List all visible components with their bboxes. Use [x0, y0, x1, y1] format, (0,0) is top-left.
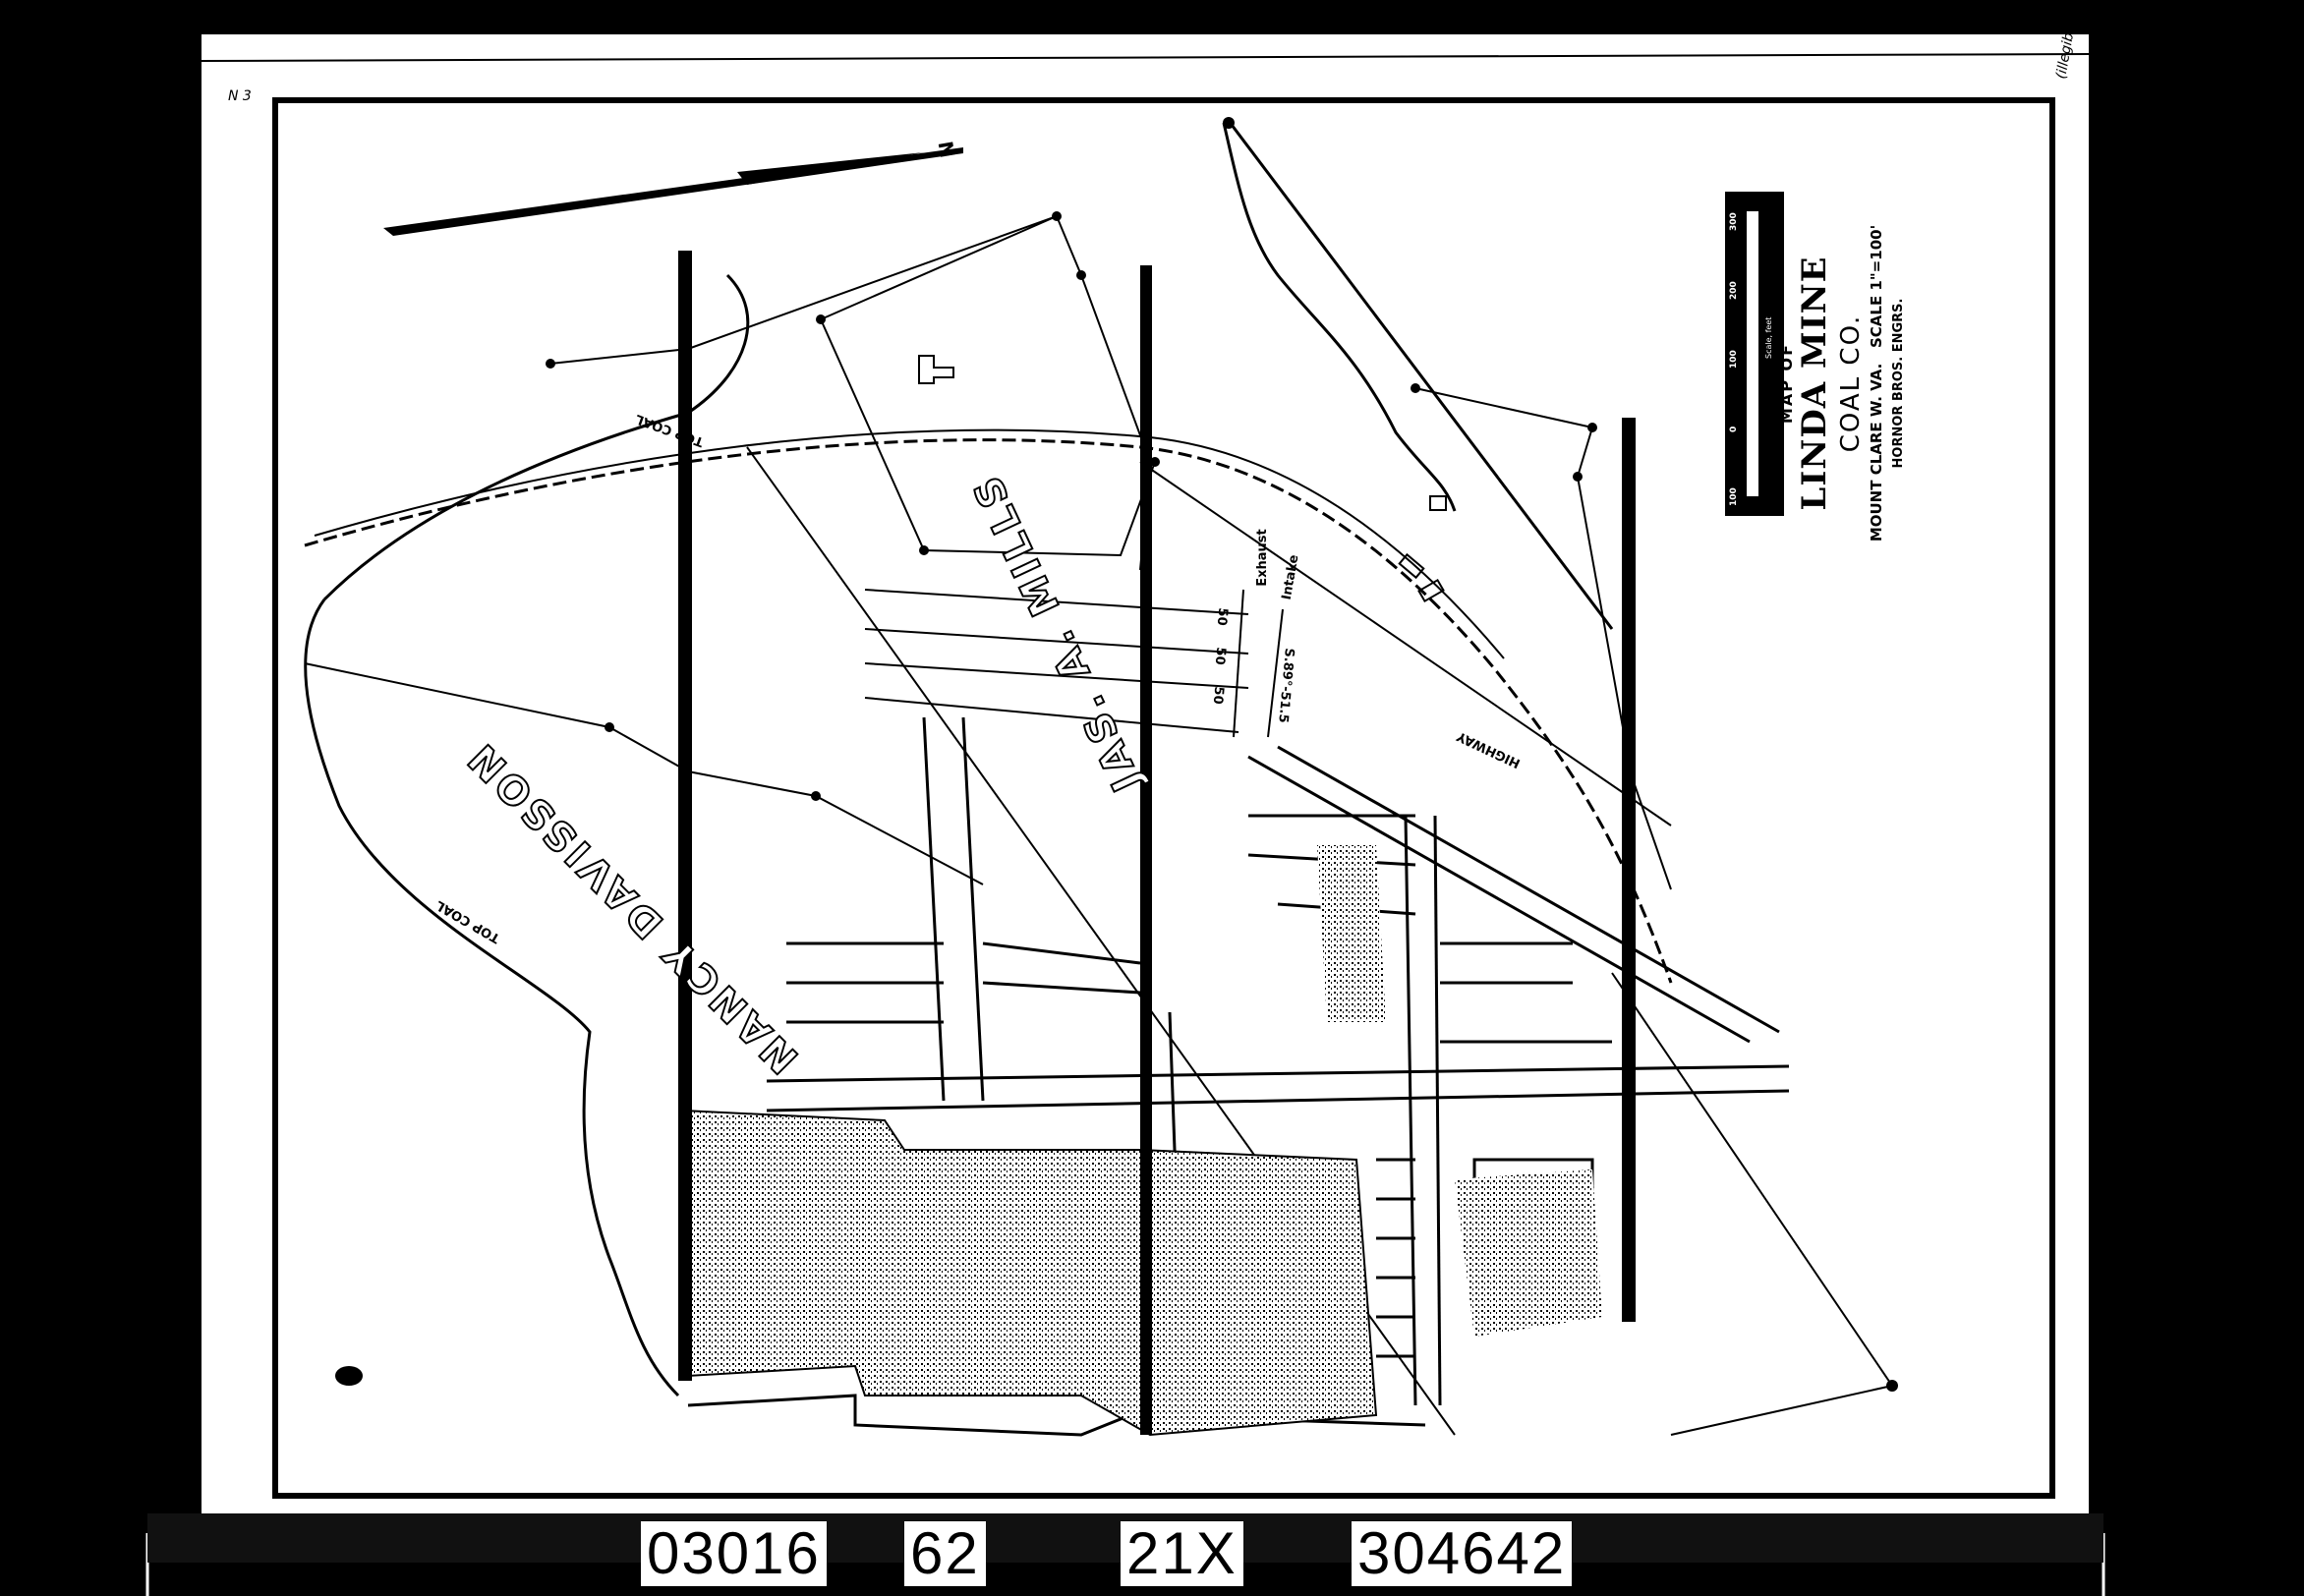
dimension-label: 50	[1210, 686, 1227, 705]
title-location: MOUNT CLARE W. VA. SCALE 1"=100'	[1868, 216, 1885, 550]
title-mine-name: LINDA MINE	[1795, 216, 1834, 550]
mine-map-drawing	[0, 0, 2304, 1596]
corner-note: N 3	[228, 88, 252, 104]
film-id-frame: 62	[904, 1521, 986, 1586]
dimension-label: 50	[1212, 647, 1229, 665]
film-id-code: 21X	[1121, 1521, 1243, 1586]
title-engineers: HORNOR BROS. ENGRS.	[1891, 216, 1906, 550]
scale-tick: 100	[1729, 487, 1739, 506]
title-map-of: MAP OF	[1777, 216, 1796, 550]
film-id-reel: 03016	[641, 1521, 827, 1586]
title-company: COAL CO.	[1836, 216, 1866, 550]
title-block: MAP OF LINDA MINE COAL CO. MOUNT CLARE W…	[1738, 285, 2072, 482]
dimension-label: 50	[1214, 607, 1231, 626]
scale-tick: 300	[1729, 212, 1739, 231]
film-id-number: 304642	[1352, 1521, 1572, 1586]
exhaust-label: Exhaust	[1255, 529, 1270, 587]
north-arrow-icon	[383, 147, 963, 236]
